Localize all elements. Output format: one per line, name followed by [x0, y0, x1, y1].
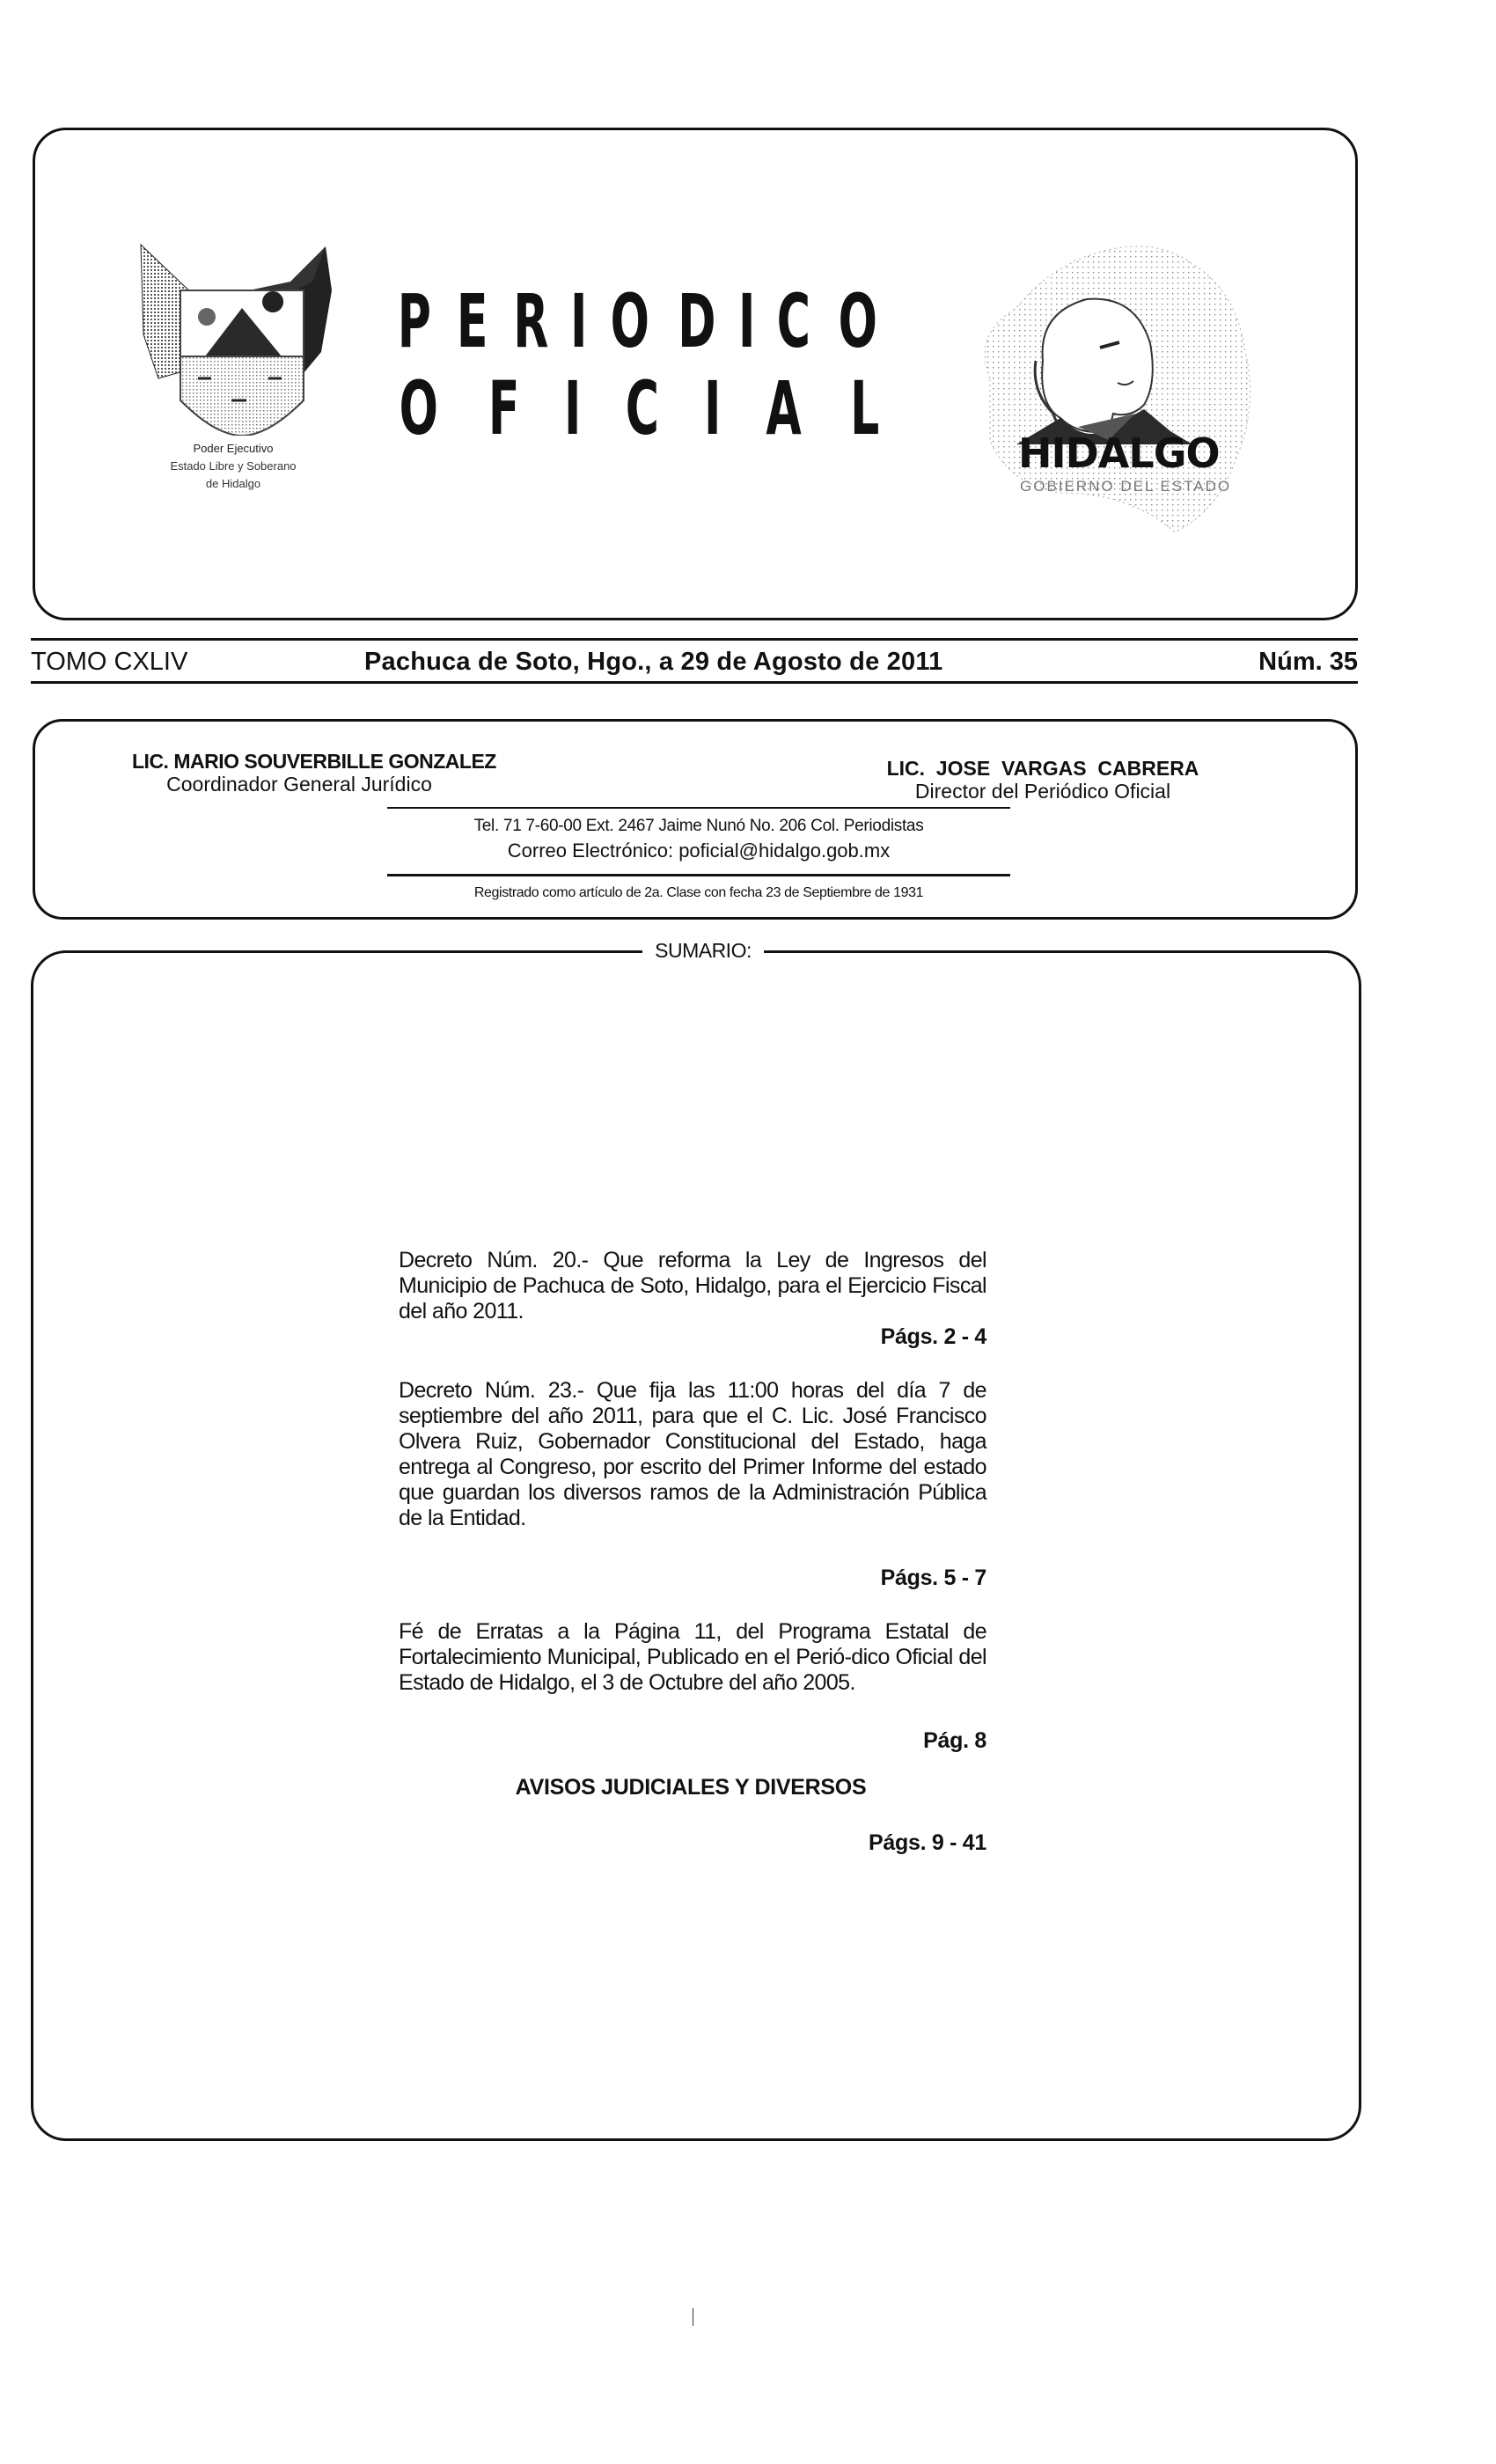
contact-top-rule	[387, 807, 1010, 809]
sumario-heading: SUMARIO:	[642, 938, 764, 963]
sumario-item-pages: Págs. 2 - 4	[881, 1324, 986, 1350]
title-letter: D	[678, 290, 716, 352]
title-letter: F	[488, 378, 520, 439]
title-letter: A	[766, 378, 802, 439]
contact-line-1: Tel. 71 7-60-00 Ext. 2467 Jaime Nunó No.…	[387, 817, 1010, 836]
sumario-item-pages: Págs. 5 - 7	[881, 1566, 986, 1591]
sumario-item-text: Decreto Núm. 23.- Que fija las 11:00 hor…	[399, 1378, 986, 1531]
title-letter: O	[838, 290, 876, 352]
tomo-label: TOMO CXLIV	[31, 648, 187, 677]
title-letter: I	[570, 290, 587, 352]
hidalgo-subtitle: GOBIERNO DEL ESTADO	[1020, 478, 1231, 495]
hidalgo-portrait-logo-icon: HIDALGO GOBIERNO DEL ESTADO	[955, 229, 1263, 541]
sumario-item-text: Fé de Erratas a la Página 11, del Progra…	[399, 1619, 986, 1696]
title-letter: O	[400, 378, 438, 439]
issue-bar-bottom-rule	[31, 681, 1358, 684]
masthead-title-line-2: O F I C I A L	[387, 378, 889, 439]
title-letter: C	[776, 290, 810, 352]
sumario-box	[31, 950, 1361, 2141]
scan-mark	[693, 2308, 693, 2326]
contact-email: Correo Electrónico: poficial@hidalgo.gob…	[387, 840, 1010, 862]
contact-bottom-rule	[387, 874, 1010, 876]
credit-right-role: Director del Periódico Oficial	[862, 780, 1223, 803]
credit-left-role: Coordinador General Jurídico	[132, 773, 466, 796]
emblem-caption: Poder Ejecutivo Estado Libre y Soberano …	[132, 440, 334, 493]
registration-note: Registrado como artículo de 2a. Clase co…	[387, 885, 1010, 901]
hidalgo-wordmark: HIDALGO	[1018, 429, 1220, 477]
credit-right-name: LIC. JOSE VARGAS CABRERA	[862, 757, 1223, 780]
sumario-item-text: Decreto Núm. 20.- Que reforma la Ley de …	[399, 1248, 986, 1324]
masthead-title-line-1: P E R I O D I C O	[387, 290, 889, 352]
title-letter: P	[398, 290, 431, 352]
title-letter: E	[457, 290, 488, 352]
title-letter: I	[738, 290, 755, 352]
credit-right: LIC. JOSE VARGAS CABRERA Director del Pe…	[862, 757, 1223, 803]
title-letter: R	[514, 290, 549, 352]
avisos-heading: AVISOS JUDICIALES Y DIVERSOS	[458, 1775, 924, 1800]
place-date: Pachuca de Soto, Hgo., a 29 de Agosto de…	[364, 648, 942, 677]
title-letter: O	[610, 290, 649, 352]
issue-bar-top-rule	[31, 638, 1358, 641]
credit-left: LIC. MARIO SOUVERBILLE GONZALEZ Coordina…	[132, 750, 466, 796]
emblem-caption-line-1: Poder Ejecutivo	[132, 440, 334, 458]
title-letter: C	[626, 378, 659, 439]
credit-left-name: LIC. MARIO SOUVERBILLE GONZALEZ	[132, 750, 466, 773]
title-letter: I	[704, 378, 721, 439]
title-letter: I	[564, 378, 581, 439]
sumario-item-pages: Pág. 8	[923, 1728, 986, 1754]
emblem-caption-line-2: Estado Libre y Soberano	[132, 458, 334, 475]
avisos-pages: Págs. 9 - 41	[869, 1830, 986, 1856]
issue-number: Núm. 35	[1258, 648, 1358, 677]
emblem-caption-line-3: de Hidalgo	[132, 475, 334, 493]
state-coat-of-arms-icon	[136, 238, 334, 436]
title-letter: L	[851, 378, 880, 439]
